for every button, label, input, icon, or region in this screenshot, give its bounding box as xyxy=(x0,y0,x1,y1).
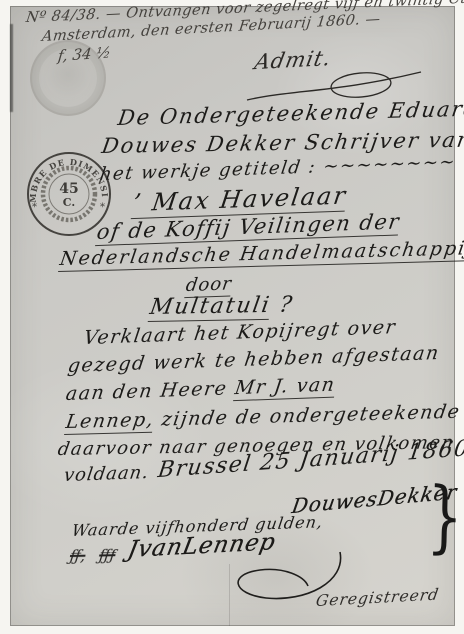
recipient-name-part-2: Lennep, xyxy=(64,409,156,435)
declaration-line-6: voldaan. xyxy=(63,462,151,486)
title-door: door xyxy=(185,273,234,296)
stamp-unit: C. xyxy=(63,196,75,209)
closing-brace: } xyxy=(426,471,464,564)
title-author: Multatuli ? xyxy=(148,292,296,320)
recipient-name-part-1: Mr J. van xyxy=(233,374,337,402)
stamp-value: 45 xyxy=(59,181,78,197)
scratched-word-2: ƒƒƒ xyxy=(98,546,116,564)
receipt-amount: f, 34 ½ xyxy=(57,43,112,65)
document-photograph: Nº 84/38. — Ontvangen voor zegelregt vij… xyxy=(0,0,464,634)
photo-edge-artifact xyxy=(10,24,13,112)
scratched-out-words: ƒƒ, ƒƒƒ xyxy=(69,546,126,565)
stamp-star-right: * xyxy=(100,202,105,213)
title-author-name: Multatuli xyxy=(148,293,273,322)
scratched-word-1: ƒƒ, xyxy=(69,547,87,565)
stamp-star-left: * xyxy=(32,202,37,213)
